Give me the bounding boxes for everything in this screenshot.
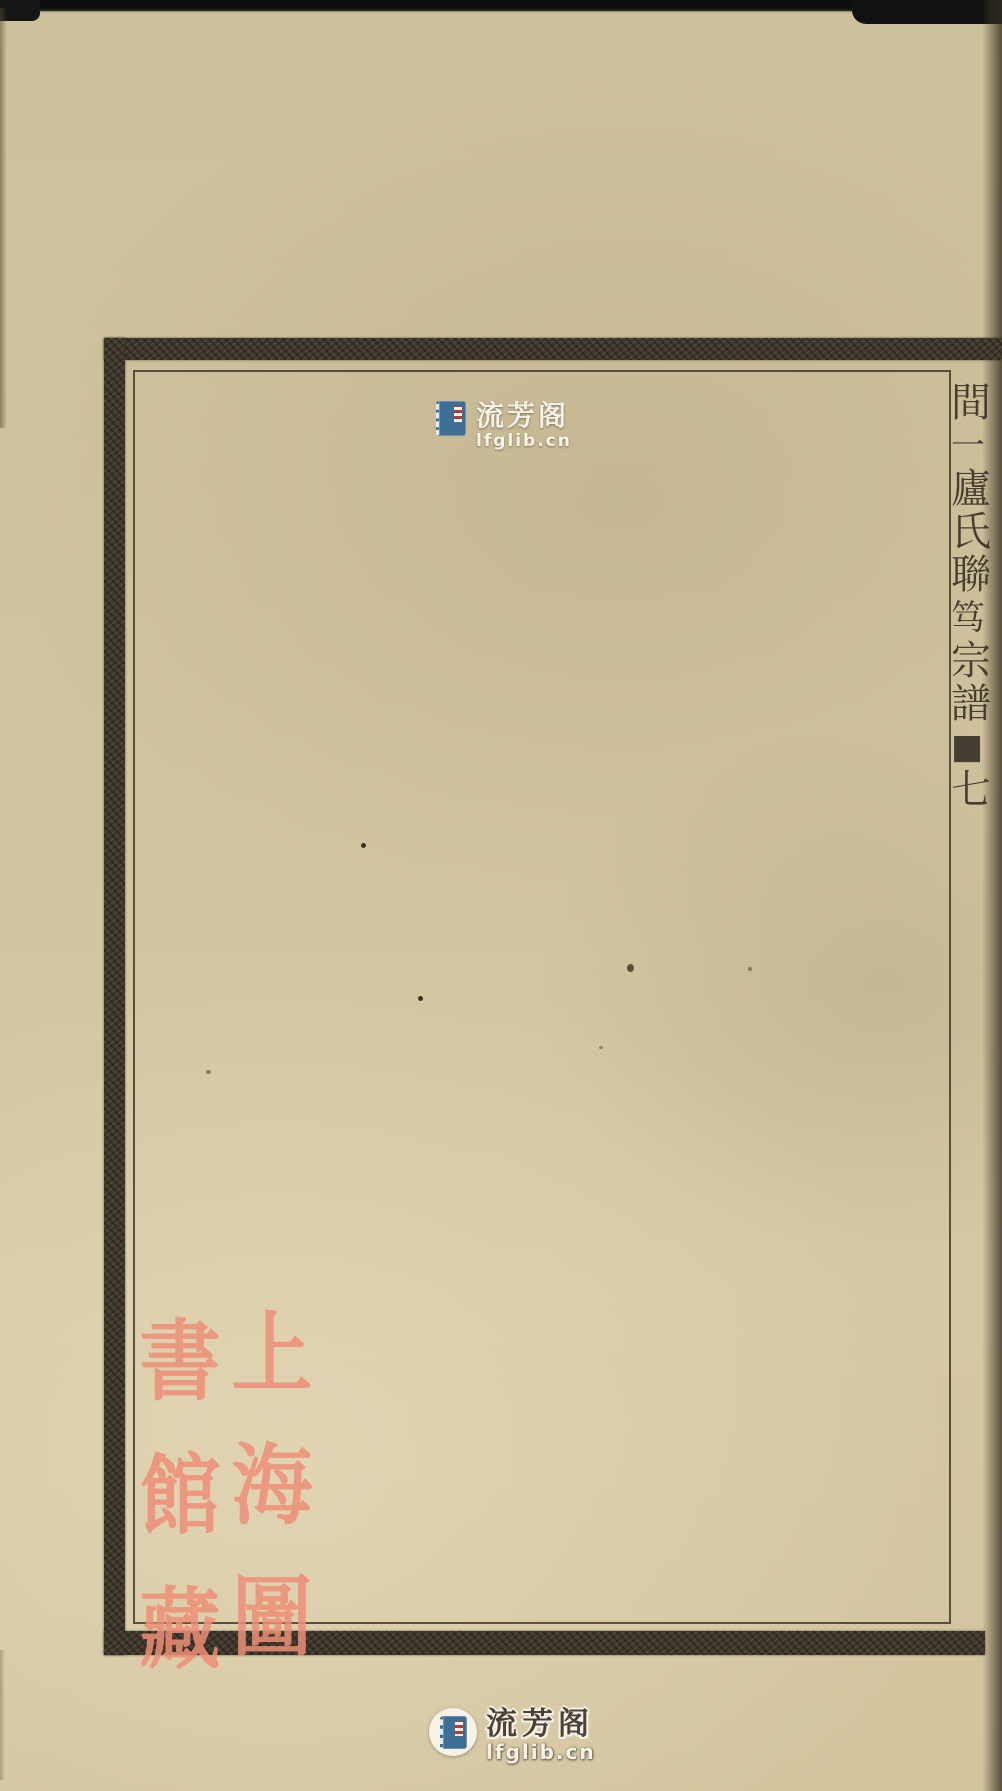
site-watermark-top: 流芳阁 lfglib.cn xyxy=(436,401,572,451)
watermark-site-name: 流芳阁 xyxy=(486,1708,596,1741)
seal-char: 海 xyxy=(232,1426,313,1544)
watermark-badge xyxy=(429,1708,477,1756)
seal-char: 上 xyxy=(232,1294,313,1412)
spine-title-char: 七 xyxy=(951,769,1002,812)
foxing-speck xyxy=(361,843,366,848)
spine-title-char: 譜 xyxy=(951,683,1002,726)
book-icon xyxy=(440,1716,467,1749)
spine-title-char: 間 xyxy=(951,382,1002,425)
frame-border-top xyxy=(104,338,1002,360)
page-edge-shadow-right xyxy=(982,0,1002,1791)
watermark-text: 流芳阁 lfglib.cn xyxy=(486,1708,596,1764)
scanned-genealogy-page: 間 一 廬 氏 聯 笃 宗 譜 ■ 七 書 館 藏 上 海 圖 流芳阁 lfgl… xyxy=(0,0,1002,1791)
spine-title-char: 廬 xyxy=(951,468,1002,511)
seal-char: 圖 xyxy=(232,1558,313,1676)
spine-title-column: 間 一 廬 氏 聯 笃 宗 譜 ■ 七 xyxy=(951,382,1002,827)
top-scan-band-right xyxy=(852,0,1002,24)
foxing-speck xyxy=(206,1070,211,1074)
library-seal: 書 館 藏 上 海 圖 xyxy=(120,1292,360,1702)
seal-char: 館 xyxy=(140,1436,221,1554)
seal-right-column: 上 海 圖 xyxy=(228,1294,316,1676)
page-edge-shadow-left xyxy=(0,8,7,428)
seal-char: 藏 xyxy=(140,1570,221,1688)
page-edge-shadow-left-bottom xyxy=(0,1650,5,1780)
spine-title-char: 一 xyxy=(951,425,1002,468)
watermark-text: 流芳阁 lfglib.cn xyxy=(476,401,572,451)
spine-title-char: 笃 xyxy=(951,597,1002,640)
book-icon xyxy=(436,401,466,436)
watermark-site-url: lfglib.cn xyxy=(486,1741,596,1764)
site-watermark-bottom: 流芳阁 lfglib.cn xyxy=(429,1708,596,1764)
spine-title-char: 聯 xyxy=(951,554,1002,597)
foxing-speck xyxy=(418,996,423,1001)
seal-char: 書 xyxy=(140,1302,221,1420)
watermark-site-name: 流芳阁 xyxy=(476,401,572,431)
foxing-speck xyxy=(627,964,634,972)
watermark-site-url: lfglib.cn xyxy=(476,431,572,451)
spine-title-char: 氏 xyxy=(951,511,1002,554)
book-label-icon xyxy=(454,1719,464,1738)
foxing-speck xyxy=(599,1046,603,1049)
foxing-speck xyxy=(748,967,752,971)
book-label-icon xyxy=(453,404,463,424)
spine-title-char: 宗 xyxy=(951,640,1002,683)
seal-left-column: 書 館 藏 xyxy=(136,1302,224,1688)
spine-title-divider: ■ xyxy=(951,726,1002,769)
